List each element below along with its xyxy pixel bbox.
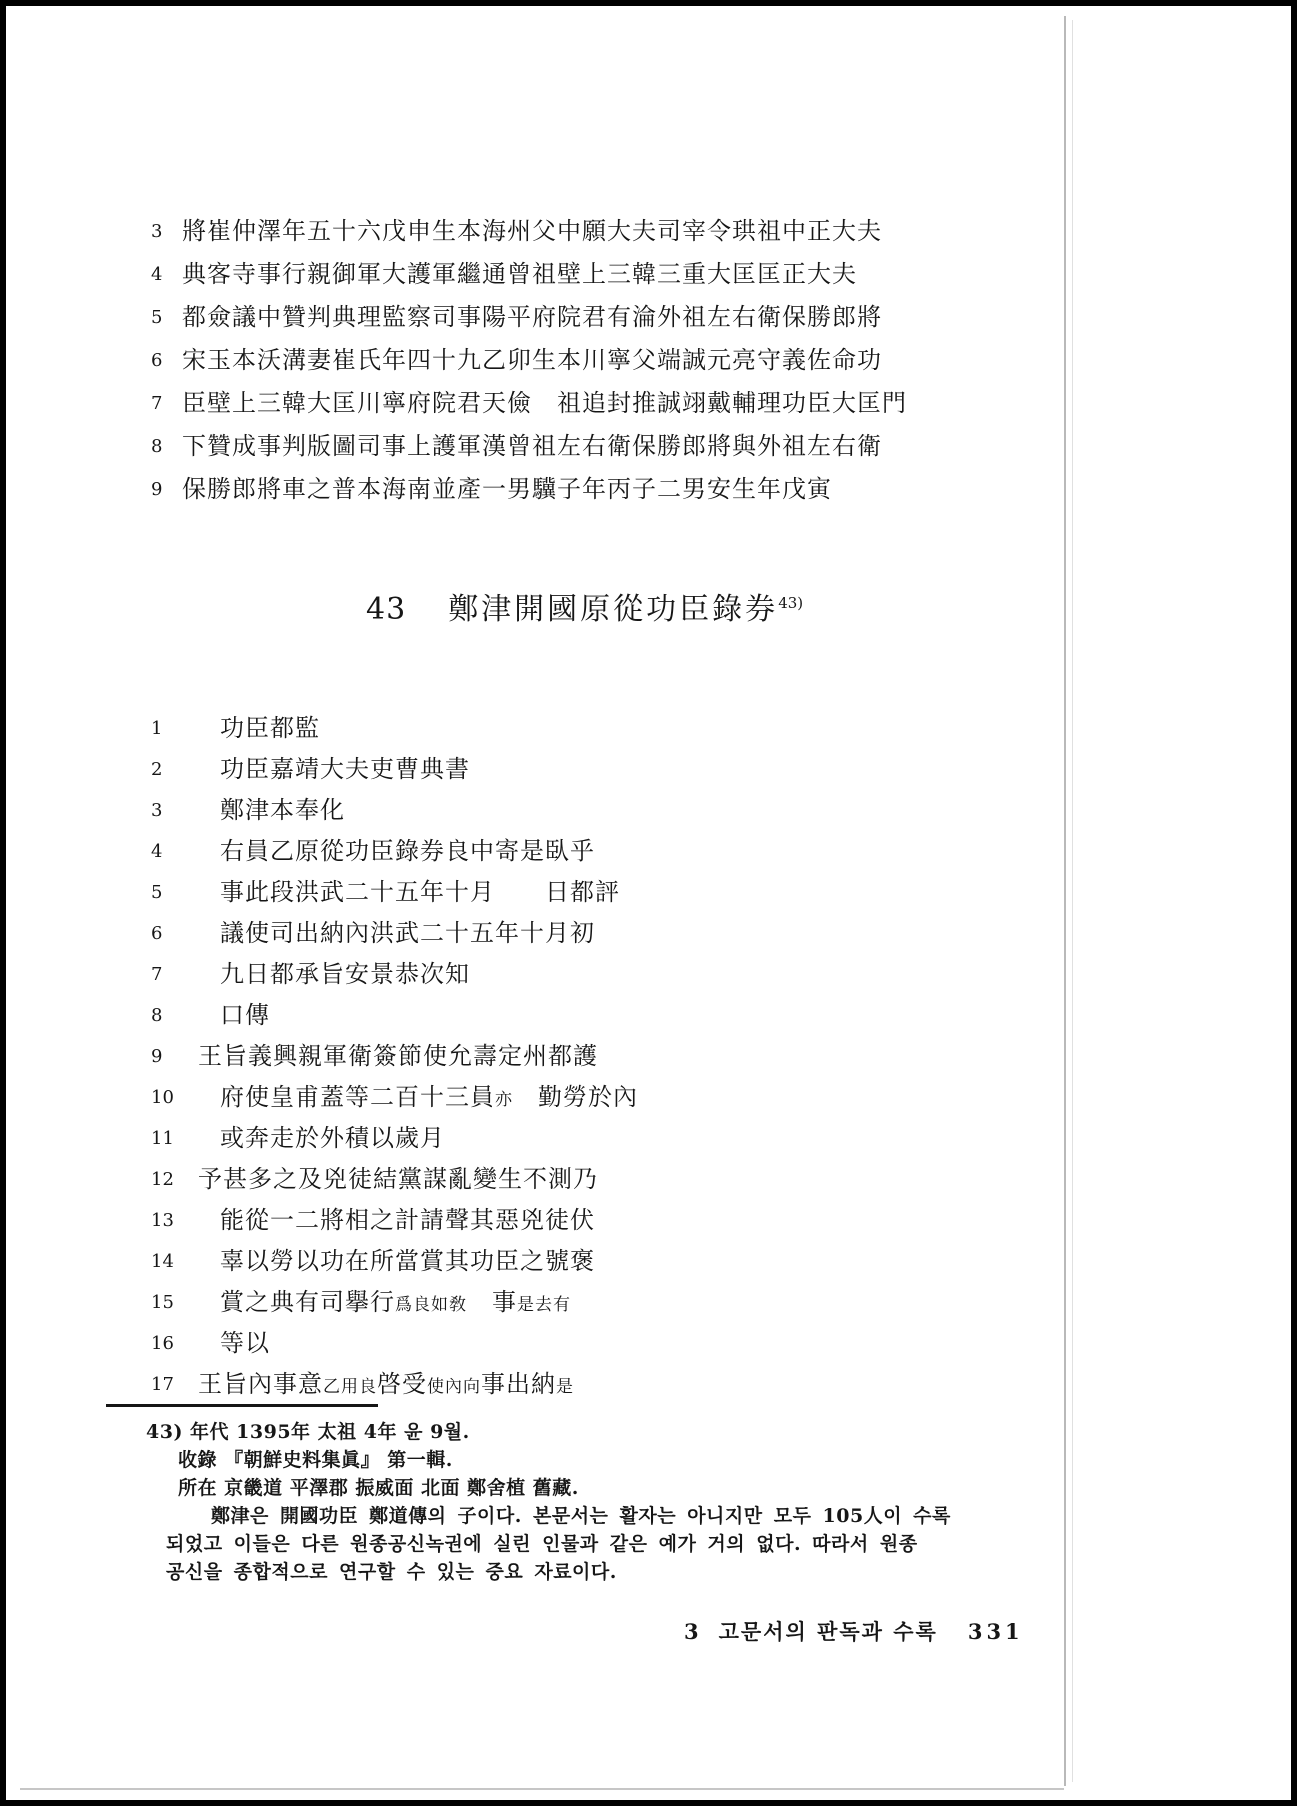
text-line: 3將崔仲澤年五十六戊申生本海州父中願大夫司宰令珙祖中正大夫: [6, 210, 1291, 253]
line-text: 能從一二將相之計請聲其惡兇徒伏: [220, 1206, 595, 1234]
text-line: 15賞之典有司擧行爲良如敎 事是去有: [6, 1282, 1291, 1323]
text-line: 10府使皇甫蓋等二百十三員亦 勤勞於內: [6, 1077, 1291, 1118]
idu-gloss-small-text: 是: [556, 1377, 574, 1397]
line-text-segment: 下贊成事判版圖司事上護軍漢曾祖左右衛保勝郎將與外祖左右衛: [182, 432, 882, 460]
line-text-segment: 事: [467, 1288, 517, 1316]
idu-gloss-small-text: 使內向: [427, 1377, 481, 1397]
line-text: 功臣嘉靖大夫吏曹典書: [220, 755, 470, 783]
line-text: 議使司出納內洪武二十五年十月初: [220, 919, 595, 947]
line-number: 6: [151, 339, 162, 382]
running-footer: 3고문서의 판독과 수록331: [684, 1616, 1024, 1646]
line-text-segment: 或奔走於外積以歲月: [220, 1124, 445, 1152]
line-text: 保勝郎將車之普本海南並產一男驥子年丙子二男安生年戊寅: [182, 475, 832, 503]
line-text-segment: 事此段洪武二十五年十月 日都評: [220, 878, 620, 906]
line-text-segment: 能從一二將相之計請聲其惡兇徒伏: [220, 1206, 595, 1234]
line-number: 5: [151, 296, 162, 339]
line-number: 6: [151, 913, 162, 954]
line-number: 11: [151, 1118, 174, 1159]
line-text-segment: 王旨內事意: [198, 1370, 323, 1398]
line-text: 予甚多之及兇徒結黨謀亂變生不測乃: [198, 1165, 598, 1193]
line-text-segment: 辜以勞以功在所當賞其功臣之號褒: [220, 1247, 595, 1275]
line-number: 4: [151, 831, 162, 872]
line-text: 臣壁上三韓大匡川寧府院君天儉 祖追封推誠翊戴輔理功臣大匡門: [182, 389, 907, 417]
line-text-segment: 口傳: [220, 1001, 270, 1029]
line-text: 下贊成事判版圖司事上護軍漢曾祖左右衛保勝郎將與外祖左右衛: [182, 432, 882, 460]
line-text-segment: 典客寺事行親御軍大護軍繼通曾祖壁上三韓三重大匡匡正大夫: [182, 260, 857, 288]
line-text-segment: 王旨義興親軍衛簽節使允壽定州都護: [198, 1042, 598, 1070]
text-line: 되었고 이들은 다른 원종공신녹권에 실린 인물과 같은 예가 거의 없다. 따…: [6, 1530, 1291, 1558]
footnote-block: 43) 年代 1395年 太祖 4年 윤 9월.收錄 『朝鮮史料集眞』 第一輯.…: [6, 1418, 1291, 1586]
text-line: 13能從一二將相之計請聲其惡兇徒伏: [6, 1200, 1291, 1241]
line-number: 15: [151, 1282, 174, 1323]
line-text: 所在 京畿道 平澤郡 振威面 北面 鄭舍植 舊藏.: [178, 1477, 579, 1499]
section-title: 鄭津開國原從功臣錄券: [448, 592, 778, 627]
line-number: 3: [151, 210, 162, 253]
scanned-book-page: 3將崔仲澤年五十六戊申生本海州父中願大夫司宰令珙祖中正大夫4典客寺事行親御軍大護…: [0, 0, 1297, 1806]
text-line: 8下贊成事判版圖司事上護軍漢曾祖左右衛保勝郎將與外祖左右衛: [6, 425, 1291, 468]
text-line: 5事此段洪武二十五年十月 日都評: [6, 872, 1291, 913]
line-number: 4: [151, 253, 162, 296]
hanja-lines-top-section: 3將崔仲澤年五十六戊申生本海州父中願大夫司宰令珙祖中正大夫4典客寺事行親御軍大護…: [6, 210, 1291, 511]
line-number: 5: [151, 872, 162, 913]
hanja-lines-main-section: 1功臣都監2功臣嘉靖大夫吏曹典書3鄭津本奉化4右員乙原從功臣錄券良中寄是臥乎5事…: [6, 708, 1291, 1405]
line-text: 將崔仲澤年五十六戊申生本海州父中願大夫司宰令珙祖中正大夫: [182, 217, 882, 245]
line-text-segment: 議使司出納內洪武二十五年十月初: [220, 919, 595, 947]
line-text: 宋玉本沃溝妻崔氏年四十九乙卯生本川寧父端誠元亮守義佐命功: [182, 346, 882, 374]
line-text: 功臣都監: [220, 714, 320, 742]
text-line: 5都僉議中贊判典理監察司事陽平府院君有淪外祖左右衛保勝郎將: [6, 296, 1291, 339]
line-text-segment: 鄭津本奉化: [220, 796, 345, 824]
line-text-segment: 功臣嘉靖大夫吏曹典書: [220, 755, 470, 783]
text-line: 17王旨內事意乙用良啓受使內向事出納是: [6, 1364, 1291, 1405]
footer-chapter-title: 고문서의 판독과 수록: [719, 1619, 938, 1644]
text-line: 11或奔走於外積以歲月: [6, 1118, 1291, 1159]
text-line: 9王旨義興親軍衛簽節使允壽定州都護: [6, 1036, 1291, 1077]
text-line: 3鄭津本奉化: [6, 790, 1291, 831]
line-text: 王旨義興親軍衛簽節使允壽定州都護: [198, 1042, 598, 1070]
line-text-segment: 收錄 『朝鮮史料集眞』 第一輯.: [178, 1449, 453, 1471]
text-line: 4典客寺事行親御軍大護軍繼通曾祖壁上三韓三重大匡匡正大夫: [6, 253, 1291, 296]
line-text-segment: 右員乙原從功臣錄券良中寄是臥乎: [220, 837, 595, 865]
text-line: 16等以: [6, 1323, 1291, 1364]
text-line: 8口傳: [6, 995, 1291, 1036]
line-text: 辜以勞以功在所當賞其功臣之號褒: [220, 1247, 595, 1275]
line-text: 都僉議中贊判典理監察司事陽平府院君有淪外祖左右衛保勝郎將: [182, 303, 882, 331]
line-text: 鄭津本奉化: [220, 796, 345, 824]
footnote-reference: 43): [778, 594, 803, 612]
line-number: 8: [151, 995, 162, 1036]
line-number: 12: [151, 1159, 174, 1200]
line-text: 事此段洪武二十五年十月 日都評: [220, 878, 620, 906]
line-text-segment: 鄭津은 開國功臣 鄭道傳의 子이다. 본문서는 활자는 아니지만 모두 105人…: [211, 1505, 951, 1527]
line-text: 공신을 종합적으로 연구할 수 있는 중요 자료이다.: [166, 1561, 617, 1583]
line-text-segment: 予甚多之及兇徒結黨謀亂變生不測乃: [198, 1165, 598, 1193]
text-line: 7九日都承旨安景恭次知: [6, 954, 1291, 995]
text-line: 鄭津은 開國功臣 鄭道傳의 子이다. 본문서는 활자는 아니지만 모두 105人…: [6, 1502, 1291, 1530]
line-text-segment: 事出納: [481, 1370, 556, 1398]
line-text: 43) 年代 1395年 太祖 4年 윤 9월.: [146, 1421, 470, 1443]
line-text: 王旨內事意乙用良啓受使內向事出納是: [198, 1370, 574, 1398]
line-text: 府使皇甫蓋等二百十三員亦 勤勞於內: [220, 1083, 638, 1111]
idu-gloss-small-text: 乙用良: [323, 1377, 377, 1397]
idu-gloss-small-text: 是去有: [517, 1295, 571, 1315]
line-text: 口傳: [220, 1001, 270, 1029]
line-text-segment: 43) 年代 1395年 太祖 4年 윤 9월.: [146, 1421, 470, 1443]
line-number: 10: [151, 1077, 174, 1118]
line-text: 收錄 『朝鮮史料集眞』 第一輯.: [178, 1449, 453, 1471]
line-number: 14: [151, 1241, 174, 1282]
text-line: 9保勝郎將車之普本海南並產一男驥子年丙子二男安生年戊寅: [6, 468, 1291, 511]
text-line: 7臣壁上三韓大匡川寧府院君天儉 祖追封推誠翊戴輔理功臣大匡門: [6, 382, 1291, 425]
line-text: 鄭津은 開國功臣 鄭道傳의 子이다. 본문서는 활자는 아니지만 모두 105人…: [211, 1505, 951, 1527]
line-text-segment: 等以: [220, 1329, 270, 1357]
text-line: 1功臣都監: [6, 708, 1291, 749]
line-text-segment: 將崔仲澤年五十六戊申生本海州父中願大夫司宰令珙祖中正大夫: [182, 217, 882, 245]
line-text-segment: 都僉議中贊判典理監察司事陽平府院君有淪外祖左右衛保勝郎將: [182, 303, 882, 331]
line-text: 九日都承旨安景恭次知: [220, 960, 470, 988]
line-text-segment: 所在 京畿道 平澤郡 振威面 北面 鄭舍植 舊藏.: [178, 1477, 579, 1499]
text-line: 12予甚多之及兇徒結黨謀亂變生不測乃: [6, 1159, 1291, 1200]
footer-chapter-number: 3: [684, 1619, 701, 1644]
line-number: 16: [151, 1323, 174, 1364]
line-number: 7: [151, 954, 162, 995]
text-line: 6宋玉本沃溝妻崔氏年四十九乙卯生本川寧父端誠元亮守義佐命功: [6, 339, 1291, 382]
text-line: 6議使司出納內洪武二十五年十月初: [6, 913, 1291, 954]
footer-page-number: 331: [968, 1619, 1024, 1644]
text-line: 4右員乙原從功臣錄券良中寄是臥乎: [6, 831, 1291, 872]
line-text-segment: 賞之典有司擧行: [220, 1288, 395, 1316]
line-text-segment: 공신을 종합적으로 연구할 수 있는 중요 자료이다.: [166, 1561, 617, 1583]
line-text-segment: 啓受: [377, 1370, 427, 1398]
line-text-segment: 保勝郎將車之普本海南並產一男驥子年丙子二男安生年戊寅: [182, 475, 832, 503]
text-line: 43) 年代 1395年 太祖 4年 윤 9월.: [6, 1418, 1291, 1446]
line-number: 17: [151, 1364, 174, 1405]
line-text: 되었고 이들은 다른 원종공신녹권에 실린 인물과 같은 예가 거의 없다. 따…: [166, 1533, 918, 1555]
line-text: 右員乙原從功臣錄券良中寄是臥乎: [220, 837, 595, 865]
section-number: 43: [366, 592, 406, 627]
text-line: 공신을 종합적으로 연구할 수 있는 중요 자료이다.: [6, 1558, 1291, 1586]
line-text-segment: 臣壁上三韓大匡川寧府院君天儉 祖追封推誠翊戴輔理功臣大匡門: [182, 389, 907, 417]
line-text: 或奔走於外積以歲月: [220, 1124, 445, 1152]
footnote-separator-rule: [106, 1404, 378, 1407]
line-number: 9: [151, 468, 162, 511]
section-heading: 43鄭津開國原從功臣錄券43): [366, 584, 803, 628]
line-number: 9: [151, 1036, 162, 1077]
line-number: 7: [151, 382, 162, 425]
line-text-segment: 功臣都監: [220, 714, 320, 742]
line-text-segment: 府使皇甫蓋等二百十三員: [220, 1083, 495, 1111]
line-text: 賞之典有司擧行爲良如敎 事是去有: [220, 1288, 571, 1316]
line-text-segment: 宋玉本沃溝妻崔氏年四十九乙卯生本川寧父端誠元亮守義佐命功: [182, 346, 882, 374]
line-text: 等以: [220, 1329, 270, 1357]
text-line: 2功臣嘉靖大夫吏曹典書: [6, 749, 1291, 790]
page-bottom-edge: [20, 1788, 1064, 1790]
line-number: 8: [151, 425, 162, 468]
line-number: 2: [151, 749, 162, 790]
line-text-segment: 九日都承旨安景恭次知: [220, 960, 470, 988]
idu-gloss-small-text: 亦: [495, 1090, 513, 1110]
line-text-segment: 勤勞於內: [513, 1083, 638, 1111]
line-number: 1: [151, 708, 162, 749]
text-line: 14辜以勞以功在所當賞其功臣之號褒: [6, 1241, 1291, 1282]
line-text: 典客寺事行親御軍大護軍繼通曾祖壁上三韓三重大匡匡正大夫: [182, 260, 857, 288]
idu-gloss-small-text: 爲良如敎: [395, 1295, 467, 1315]
line-number: 13: [151, 1200, 174, 1241]
text-line: 收錄 『朝鮮史料集眞』 第一輯.: [6, 1446, 1291, 1474]
line-text-segment: 되었고 이들은 다른 원종공신녹권에 실린 인물과 같은 예가 거의 없다. 따…: [166, 1533, 918, 1555]
text-line: 所在 京畿道 平澤郡 振威面 北面 鄭舍植 舊藏.: [6, 1474, 1291, 1502]
line-number: 3: [151, 790, 162, 831]
